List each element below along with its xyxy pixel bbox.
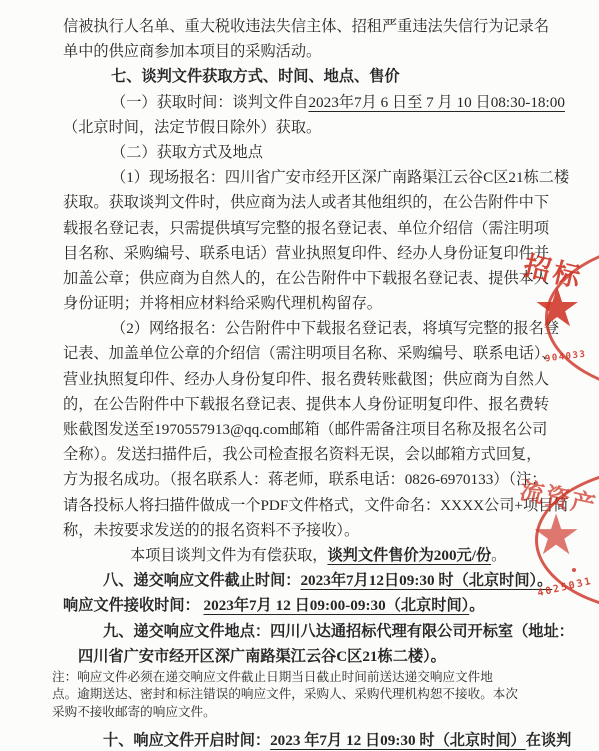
note-line: 采购不接收邮寄的响应文件。 xyxy=(52,704,545,721)
doc-line-price: 本项目谈判文件为有偿获取，谈判文件售价为200元/份。 xyxy=(63,543,545,568)
doc-line: 全称）。发送扫描件后，我公司检查报名资料无误，会以邮箱方式回复， xyxy=(63,442,545,467)
note-line: 点。逾期送达、密封和标注错误的响应文件，采购人、采购代理机构恕不接收。本次 xyxy=(52,686,545,703)
doc-line-email: 账截图发送至1970557913@qq.com邮箱（邮件需备注项目名称及报名公司 xyxy=(63,417,545,442)
doc-line-address: 四川省广安市经开区深广南路渠江云谷C区21栋二楼）。 xyxy=(63,644,545,669)
document-body: 信被执行人名单、重大税收违法失信主体、招租严重违法失信行为记录名 单中的供应商参… xyxy=(63,14,545,751)
doc-line: 记表、加盖单位公章的介绍信（需注明项目名称、采购编号、联系电话）、 xyxy=(63,341,545,366)
section-7-heading: 七、谈判文件获取方式、时间、地点、售价 xyxy=(63,64,545,89)
doc-line: 单中的供应商参加本项目的采购活动。 xyxy=(63,39,545,64)
doc-line-contact: 方为报名成功。（报名联系人：蒋老师，联系电话：0826-6970133）（注： xyxy=(63,467,545,492)
doc-line: 目名称、采购编号、联系电话）营业执照复印件、经办人身份证复印件并 xyxy=(63,241,545,266)
doc-line: 的，在公告附件中下载报名登记表、提供本人身份证明复印件、报名费转 xyxy=(63,392,545,417)
document-page: 信被执行人名单、重大税收违法失信主体、招租严重违法失信行为记录名 单中的供应商参… xyxy=(0,0,599,751)
doc-line: （2）网络报名：公告附件中下载报名登记表，将填写完整的报名登 xyxy=(63,316,545,341)
doc-line: 获取。获取谈判文件时，供应商为法人或者其他组织的，在公告附件中下 xyxy=(63,190,545,215)
doc-line: 身份证明；并将相应材料给采购代理机构留存。 xyxy=(63,291,545,316)
note-line: 注：响应文件必须在递交响应文件截止日期当日截止时间前送达递交响应文件地 xyxy=(52,669,545,686)
doc-line-receive-time: 响应文件接收时间： 2023年7月 12 日09:00-09:30（北京时间）。 xyxy=(63,593,545,618)
section-8-heading: 八、递交响应文件截止时间：2023年7月12日09:30 时（北京时间）。 xyxy=(63,568,545,593)
doc-line: 载报名登记表，只需提供填写完整的报名登记表、单位介绍信（需注明项 xyxy=(63,216,545,241)
doc-line: 加盖公章；供应商为自然人的，在公告附件中下载报名登记表、提供本人 xyxy=(63,266,545,291)
section-10-heading: 十、响应文件开启时间：2023 年7月 12 日09:30 时（北京时间）在谈判 xyxy=(63,728,545,751)
doc-line: 请各投标人将扫描件做成一个PDF文件格式，文件命名：XXXX公司+项目简 xyxy=(63,493,545,518)
star-icon: ★ xyxy=(531,508,581,564)
doc-line: （北京时间，法定节假日除外）获取。 xyxy=(63,115,545,140)
doc-line: （二）获取方式及地点 xyxy=(63,140,545,165)
doc-line: 称，未按要求发送的的报名资料不予接收）。 xyxy=(63,518,545,543)
doc-line: （1）现场报名：四川省广安市经开区深广南路渠江云谷C区21栋二楼 xyxy=(63,165,545,190)
star-icon: ★ xyxy=(533,281,581,335)
doc-line-obtain-time: （一）获取时间：谈判文件自2023年7月 6 日至 7 月 10 日08:30-… xyxy=(63,90,545,115)
seal-speck xyxy=(572,568,576,572)
doc-line: 营业执照复印件、经办人身份复印件、报名费转账截图；供应商为自然人 xyxy=(63,367,545,392)
doc-line: 信被执行人名单、重大税收违法失信主体、招租严重违法失信行为记录名 xyxy=(63,14,545,39)
section-9-heading: 九、递交响应文件地点：四川八达通招标代理有限公司开标室（地址： xyxy=(63,619,545,644)
